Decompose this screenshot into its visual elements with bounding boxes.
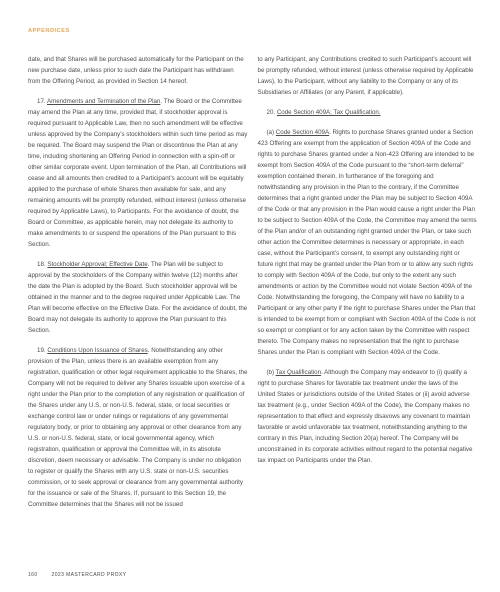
section-number: 20. [267,109,277,116]
page-footer: 160 2023 MASTERCARD PROXY [28,572,126,578]
section-title: Amendments and Termination of the Plan [47,98,160,105]
paragraph-text: . The Board or the Committee may amend t… [28,98,247,248]
paragraph-18: 18. Stockholder Approval; Effective Date… [28,259,248,336]
paragraph-continuation: to any Participant, any Contributions cr… [258,54,478,98]
paragraph-20-heading: 20. Code Section 409A; Tax Qualification… [258,107,478,118]
paragraph-text: . Rights to purchase Shares granted unde… [258,129,477,356]
section-number: (a) [267,129,276,136]
paragraph-text: . Although the Company may endeavor to (… [258,369,473,464]
paragraph-text: . Notwithstanding any other provision of… [28,347,247,508]
section-title: Tax Qualification [276,369,321,376]
paragraph-text: to any Participant, any Contributions cr… [258,56,474,96]
document-page: APPENDICES date, and that Shares will be… [0,0,500,592]
paragraph-20a: (a) Code Section 409A. Rights to purchas… [258,127,478,358]
two-column-body: date, and that Shares will be purchased … [28,54,477,510]
paragraph-19: 19. Conditions Upon Issuance of Shares. … [28,345,248,510]
section-number: 19. [37,347,47,354]
section-title: Code Section 409A; Tax Qualification. [277,109,381,116]
right-column: to any Participant, any Contributions cr… [258,54,478,510]
paragraph-17: 17. Amendments and Termination of the Pl… [28,96,248,250]
page-number: 160 [28,572,38,578]
footer-label: 2023 MASTERCARD PROXY [52,572,127,578]
paragraph-20b: (b) Tax Qualification. Although the Comp… [258,367,478,466]
appendices-header: APPENDICES [28,28,70,34]
section-title: Stockholder Approval; Effective Date [47,261,147,268]
section-title: Conditions Upon Issuance of Shares [47,347,147,354]
section-number: (b) [267,369,276,376]
section-number: 17. [37,98,47,105]
paragraph-continuation: date, and that Shares will be purchased … [28,54,248,87]
left-column: date, and that Shares will be purchased … [28,54,248,510]
section-title: Code Section 409A [276,129,329,136]
paragraph-text: date, and that Shares will be purchased … [28,56,244,85]
paragraph-text: . The Plan will be subject to approval b… [28,261,247,334]
section-number: 18. [37,261,47,268]
